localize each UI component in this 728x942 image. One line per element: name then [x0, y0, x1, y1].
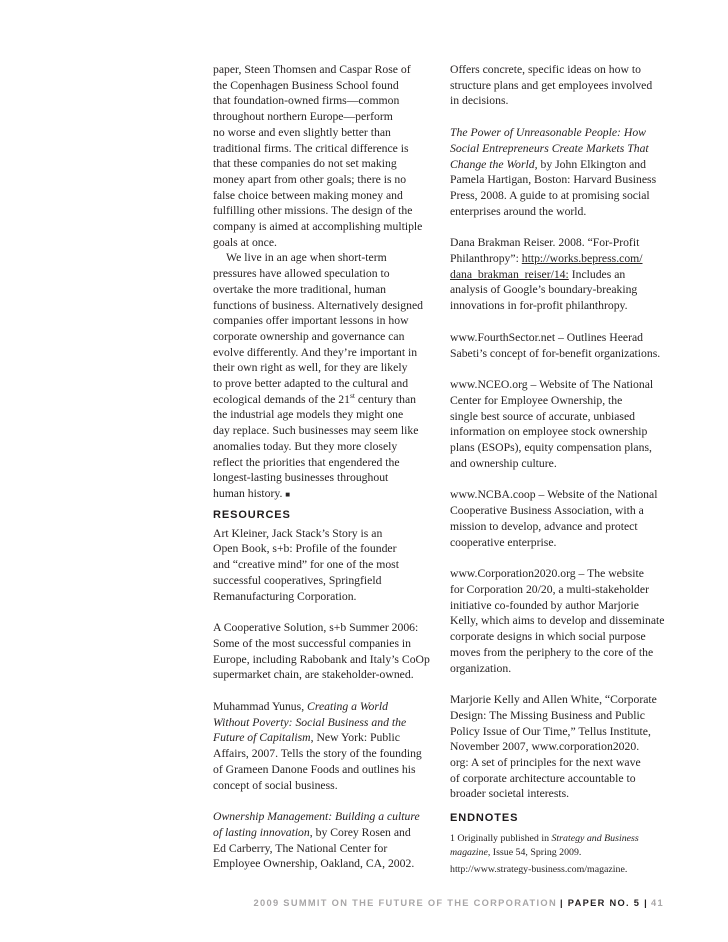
- text-line: in decisions.: [450, 93, 692, 109]
- text-line: that foundation-owned firms—common: [213, 93, 450, 109]
- footer-summit-title: 2009 SUMMIT ON THE FUTURE OF THE CORPORA…: [254, 898, 557, 908]
- text-line: Center for Employee Ownership, the: [450, 393, 692, 409]
- text-line: dana_brakman_reiser/14: Includes an: [450, 267, 692, 283]
- paragraph: paper, Steen Thomsen and Caspar Rose oft…: [213, 62, 450, 250]
- text-line: overtake the more traditional, human: [213, 282, 450, 298]
- text-line: that these companies do not set making: [213, 156, 450, 172]
- text-line: Pamela Hartigan, Boston: Harvard Busines…: [450, 172, 692, 188]
- text-line: false choice between making money and: [213, 188, 450, 204]
- text-line: information on employee stock ownership: [450, 424, 692, 440]
- text-line: Sabeti’s concept of for-benefit organiza…: [450, 346, 692, 362]
- footer-page-number: 41: [651, 898, 664, 908]
- text-line: Europe, including Rabobank and Italy’s C…: [213, 652, 450, 668]
- text-line: Employee Ownership, Oakland, CA, 2002.: [213, 856, 450, 872]
- end-of-article-marker: ■: [285, 490, 290, 499]
- text-line: the industrial age models they might one: [213, 407, 450, 423]
- text-line: Future of Capitalism, New York: Public: [213, 730, 450, 746]
- paragraph: Art Kleiner, Jack Stack’s Story is anOpe…: [213, 526, 450, 605]
- text-line: enterprises around the world.: [450, 204, 692, 220]
- paragraph: www.NCBA.coop – Website of the NationalC…: [450, 487, 692, 550]
- paragraph: www.Corporation2020.org – The websitefor…: [450, 566, 692, 676]
- text-line: corporate designs in which social purpos…: [450, 629, 692, 645]
- text-line: of corporate architecture accountable to: [450, 771, 692, 787]
- text-line: no worse and even slightly better than: [213, 125, 450, 141]
- text-line: of lasting innovation, by Corey Rosen an…: [213, 825, 450, 841]
- text-line: paper, Steen Thomsen and Caspar Rose of: [213, 62, 450, 78]
- text-line: traditional firms. The critical differen…: [213, 141, 450, 157]
- text-line: www.FourthSector.net – Outlines Heerad: [450, 330, 692, 346]
- endnote-text: 1 Originally published in Strategy and B…: [450, 832, 692, 859]
- paragraph: We live in an age when short-termpressur…: [213, 250, 450, 502]
- text-line: http://www.strategy-business.com/magazin…: [450, 863, 692, 876]
- section-heading: RESOURCES: [213, 507, 450, 523]
- text-line: Kelly, which aims to develop and dissemi…: [450, 613, 692, 629]
- text-line: Affairs, 2007. Tells the story of the fo…: [213, 746, 450, 762]
- paragraph: Marjorie Kelly and Allen White, “Corpora…: [450, 692, 692, 802]
- text-line: functions of business. Alternatively des…: [213, 298, 450, 314]
- section-heading: ENDNOTES: [450, 810, 692, 826]
- text-line: plans (ESOPs), equity compensation plans…: [450, 440, 692, 456]
- text-line: single best source of accurate, unbiased: [450, 409, 692, 425]
- text-line: successful cooperatives, Springfield: [213, 573, 450, 589]
- text-line: Design: The Missing Business and Public: [450, 708, 692, 724]
- text-line: Social Entrepreneurs Create Markets That: [450, 141, 692, 157]
- text-line: broader societal interests.: [450, 786, 692, 802]
- paragraph: A Cooperative Solution, s+b Summer 2006:…: [213, 620, 450, 683]
- paragraph: Ownership Management: Building a culture…: [213, 809, 450, 872]
- text-line: www.Corporation2020.org – The website: [450, 566, 692, 582]
- text-line: Remanufacturing Corporation.: [213, 589, 450, 605]
- text-line: human history. ■: [213, 486, 450, 503]
- text-line: and ownership culture.: [450, 456, 692, 472]
- paragraph: Muhammad Yunus, Creating a WorldWithout …: [213, 699, 450, 793]
- text-line: the Copenhagen Business School found: [213, 78, 450, 94]
- text-line: Dana Brakman Reiser. 2008. “For-Profit: [450, 235, 692, 251]
- text-line: corporate ownership and governance can: [213, 329, 450, 345]
- text-line: evolve differently. And they’re importan…: [213, 345, 450, 361]
- text-line: throughout northern Europe—perform: [213, 109, 450, 125]
- text-line: initiative co-founded by author Marjorie: [450, 598, 692, 614]
- text-line: Without Poverty: Social Business and the: [213, 715, 450, 731]
- text-line: www.NCEO.org – Website of The National: [450, 377, 692, 393]
- hyperlink[interactable]: dana_brakman_reiser/14:: [450, 268, 569, 281]
- text-line: Change the World, by John Elkington and: [450, 157, 692, 173]
- text-line: cooperative enterprise.: [450, 535, 692, 551]
- text-line: Offers concrete, specific ideas on how t…: [450, 62, 692, 78]
- text-line: for Corporation 20/20, a multi-stakehold…: [450, 582, 692, 598]
- text-line: organization.: [450, 661, 692, 677]
- text-line: day replace. Such businesses may seem li…: [213, 423, 450, 439]
- paragraph: www.NCEO.org – Website of The NationalCe…: [450, 377, 692, 471]
- text-line: concept of social business.: [213, 778, 450, 794]
- text-line: to prove better adapted to the cultural …: [213, 376, 450, 392]
- footer-paper-label: | PAPER NO. 5 |: [557, 898, 651, 908]
- text-line: Cooperative Business Association, with a: [450, 503, 692, 519]
- text-line: their own right as well, for they are li…: [213, 360, 450, 376]
- text-line: We live in an age when short-term: [213, 250, 450, 266]
- text-line: Some of the most successful companies in: [213, 636, 450, 652]
- paragraph: The Power of Unreasonable People: HowSoc…: [450, 125, 692, 219]
- page-footer: 2009 SUMMIT ON THE FUTURE OF THE CORPORA…: [254, 898, 664, 908]
- text-line: org: A set of principles for the next wa…: [450, 755, 692, 771]
- text-line: Ownership Management: Building a culture: [213, 809, 450, 825]
- text-line: Marjorie Kelly and Allen White, “Corpora…: [450, 692, 692, 708]
- text-line: pressures have allowed speculation to: [213, 266, 450, 282]
- text-line: Open Book, s+b: Profile of the founder: [213, 541, 450, 557]
- text-line: of Grameen Danone Foods and outlines his: [213, 762, 450, 778]
- text-line: innovations in for-profit philanthropy.: [450, 298, 692, 314]
- paragraph: Dana Brakman Reiser. 2008. “For-ProfitPh…: [450, 235, 692, 314]
- text-line: A Cooperative Solution, s+b Summer 2006:: [213, 620, 450, 636]
- text-line: Philanthropy”: http://works.bepress.com/: [450, 251, 692, 267]
- text-line: fulfilling other missions. The design of…: [213, 203, 450, 219]
- text-line: and “creative mind” for one of the most: [213, 557, 450, 573]
- text-line: www.NCBA.coop – Website of the National: [450, 487, 692, 503]
- text-line: Muhammad Yunus, Creating a World: [213, 699, 450, 715]
- text-line: structure plans and get employees involv…: [450, 78, 692, 94]
- text-line: anomalies today. But they more closely: [213, 439, 450, 455]
- hyperlink[interactable]: http://works.bepress.com/: [522, 252, 643, 265]
- left-column: paper, Steen Thomsen and Caspar Rose oft…: [213, 62, 450, 872]
- text-line: Art Kleiner, Jack Stack’s Story is an: [213, 526, 450, 542]
- document-page: paper, Steen Thomsen and Caspar Rose oft…: [0, 0, 728, 942]
- text-line: magazine, Issue 54, Spring 2009.: [450, 846, 692, 859]
- text-line: mission to develop, advance and protect: [450, 519, 692, 535]
- text-line: Policy Issue of Our Time,” Tellus Instit…: [450, 724, 692, 740]
- text-line: moves from the periphery to the core of …: [450, 645, 692, 661]
- right-column: Offers concrete, specific ideas on how t…: [450, 62, 692, 876]
- text-line: supermarket chain, are stakeholder-owned…: [213, 667, 450, 683]
- text-line: goals at once.: [213, 235, 450, 251]
- paragraph: www.FourthSector.net – Outlines HeeradSa…: [450, 330, 692, 361]
- text-line: Press, 2008. A guide to at promising soc…: [450, 188, 692, 204]
- text-line: money apart from other goals; there is n…: [213, 172, 450, 188]
- text-line: November 2007, www.corporation2020.: [450, 739, 692, 755]
- text-line: reflect the priorities that engendered t…: [213, 455, 450, 471]
- text-line: 1 Originally published in Strategy and B…: [450, 832, 692, 845]
- text-line: The Power of Unreasonable People: How: [450, 125, 692, 141]
- paragraph: Offers concrete, specific ideas on how t…: [450, 62, 692, 109]
- text-line: ecological demands of the 21st century t…: [213, 392, 450, 408]
- text-line: analysis of Google’s boundary-breaking: [450, 282, 692, 298]
- text-line: longest-lasting businesses throughout: [213, 470, 450, 486]
- text-line: Ed Carberry, The National Center for: [213, 841, 450, 857]
- endnote-text: http://www.strategy-business.com/magazin…: [450, 863, 692, 876]
- text-line: company is aimed at accomplishing multip…: [213, 219, 450, 235]
- text-line: companies offer important lessons in how: [213, 313, 450, 329]
